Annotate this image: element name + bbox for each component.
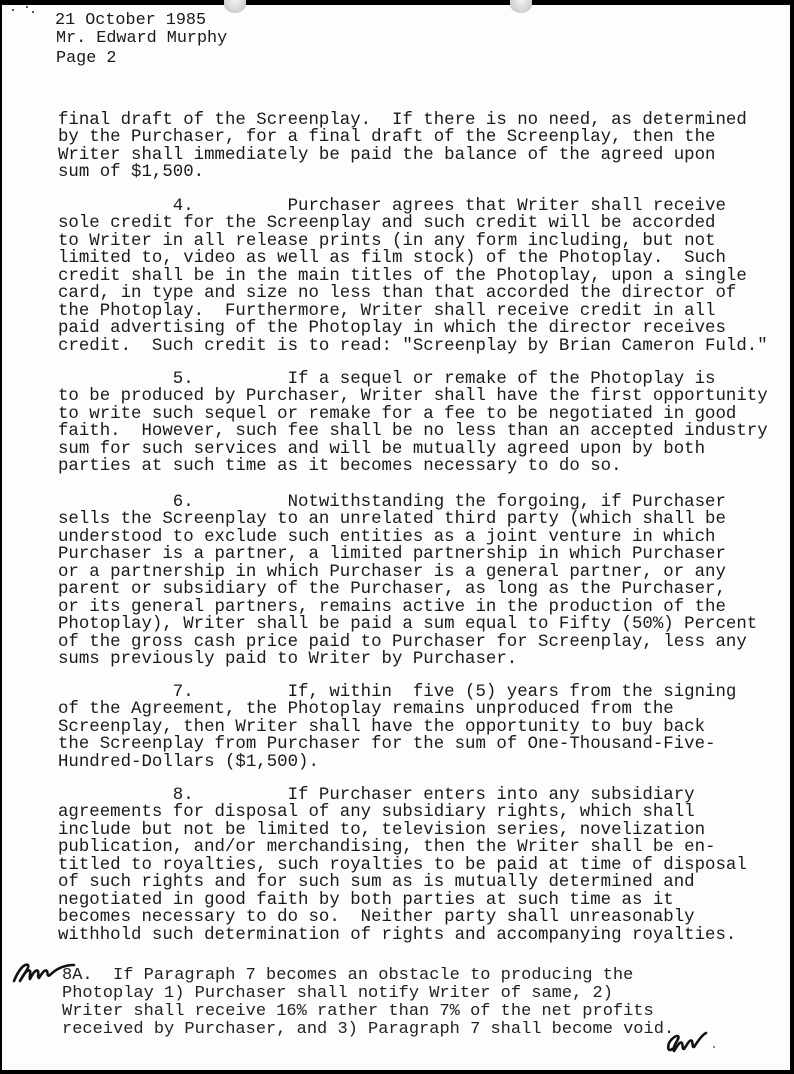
text-line: limited to, video as well as film stock)… xyxy=(58,250,768,267)
paragraph-5: 5. If a sequel or remake of the Photopla… xyxy=(58,371,768,476)
letter-date: 21 October 1985 xyxy=(55,12,206,30)
text-line: faith. However, such fee shall be no les… xyxy=(58,423,768,440)
text-line: the Screenplay from Purchaser for the su… xyxy=(58,736,736,753)
text-line: sells the Screenplay to an unrelated thi… xyxy=(58,511,757,528)
text-line: include but not be limited to, televisio… xyxy=(58,822,747,839)
text-line: agreements for disposal of any subsidiar… xyxy=(58,804,747,821)
text-line: 7. If, within five (5) years from the si… xyxy=(58,684,736,701)
text-line: 8. If Purchaser enters into any subsidia… xyxy=(58,787,747,804)
text-line: becomes necessary to do so. Neither part… xyxy=(58,909,747,926)
letter-recipient: Mr. Edward Murphy xyxy=(56,30,227,48)
text-line: withhold such determination of rights an… xyxy=(58,927,747,944)
paragraph-continuation: final draft of the Screenplay. If there … xyxy=(58,112,747,182)
text-line: of the Agreement, the Photoplay remains … xyxy=(58,701,736,718)
text-line: 5. If a sequel or remake of the Photopla… xyxy=(58,371,768,388)
text-line: sum for such services and will be mutual… xyxy=(58,441,768,458)
text-line: 8A. If Paragraph 7 becomes an obstacle t… xyxy=(62,967,674,985)
text-line: the Photoplay. Furthermore, Writer shall… xyxy=(58,303,768,320)
text-line: Screenplay, then Writer shall have the o… xyxy=(58,719,736,736)
text-line: sole credit for the Screenplay and such … xyxy=(58,215,768,232)
text-line: to be produced by Purchaser, Writer shal… xyxy=(58,388,768,405)
text-line: Writer shall receive 16% rather than 7% … xyxy=(62,1003,674,1021)
text-line: to write such sequel or remake for a fee… xyxy=(58,406,768,423)
paragraph-7: 7. If, within five (5) years from the si… xyxy=(58,684,736,771)
text-line: or its general partners, remains active … xyxy=(58,599,757,616)
punch-hole-right xyxy=(510,0,532,13)
speck-mark xyxy=(12,9,14,11)
handwritten-initials-icon xyxy=(664,1027,714,1055)
text-line: or a partnership in which Purchaser is a… xyxy=(58,564,757,581)
text-line: Photoplay), Writer shall be paid a sum e… xyxy=(58,616,757,633)
text-line: Purchaser is a partner, a limited partne… xyxy=(58,546,757,563)
text-line: credit shall be in the main titles of th… xyxy=(58,268,768,285)
paragraph-8a: 8A. If Paragraph 7 becomes an obstacle t… xyxy=(62,967,674,1039)
text-line: by the Purchaser, for a final draft of t… xyxy=(58,129,747,146)
text-line: received by Purchaser, and 3) Paragraph … xyxy=(62,1021,674,1039)
text-line: of the gross cash price paid to Purchase… xyxy=(58,634,757,651)
speck-mark xyxy=(32,11,34,13)
text-line: 4. Purchaser agrees that Writer shall re… xyxy=(58,198,768,215)
text-line: to Writer in all release prints (in any … xyxy=(58,233,768,250)
text-line: credit. Such credit is to read: "Screenp… xyxy=(58,338,768,355)
text-line: negotiated in good faith by both parties… xyxy=(58,892,747,909)
text-line: sum of $1,500. xyxy=(58,164,747,181)
paragraph-8: 8. If Purchaser enters into any subsidia… xyxy=(58,787,747,944)
page-number: Page 2 xyxy=(56,50,116,68)
text-line: parent or subsidiary of the Purchaser, a… xyxy=(58,581,757,598)
text-line: 6. Notwithstanding the forgoing, if Purc… xyxy=(58,494,757,511)
text-line: titled to royalties, such royalties to b… xyxy=(58,857,747,874)
document-page: 21 October 1985 Mr. Edward Murphy Page 2… xyxy=(0,0,794,1074)
text-line: card, in type and size no less than that… xyxy=(58,285,768,302)
text-line: Hundred-Dollars ($1,500). xyxy=(58,754,736,771)
text-line: understood to exclude such entities as a… xyxy=(58,529,757,546)
text-line: of such rights and for such sum as is mu… xyxy=(58,874,747,891)
text-line: Writer shall immediately be paid the bal… xyxy=(58,147,747,164)
text-line: parties at such time as it becomes neces… xyxy=(58,458,768,475)
text-line: sums previously paid to Writer by Purcha… xyxy=(58,651,757,668)
text-line: Photoplay 1) Purchaser shall notify Writ… xyxy=(62,985,674,1003)
text-line: publication, and/or merchandising, then … xyxy=(58,839,747,856)
punch-hole-left xyxy=(224,0,246,13)
handwritten-initials-icon xyxy=(10,957,76,985)
text-line: final draft of the Screenplay. If there … xyxy=(58,112,747,129)
speck-mark xyxy=(713,1046,715,1048)
text-line: paid advertising of the Photoplay in whi… xyxy=(58,320,768,337)
paragraph-6: 6. Notwithstanding the forgoing, if Purc… xyxy=(58,494,757,668)
paragraph-4: 4. Purchaser agrees that Writer shall re… xyxy=(58,198,768,355)
speck-mark xyxy=(26,6,28,8)
